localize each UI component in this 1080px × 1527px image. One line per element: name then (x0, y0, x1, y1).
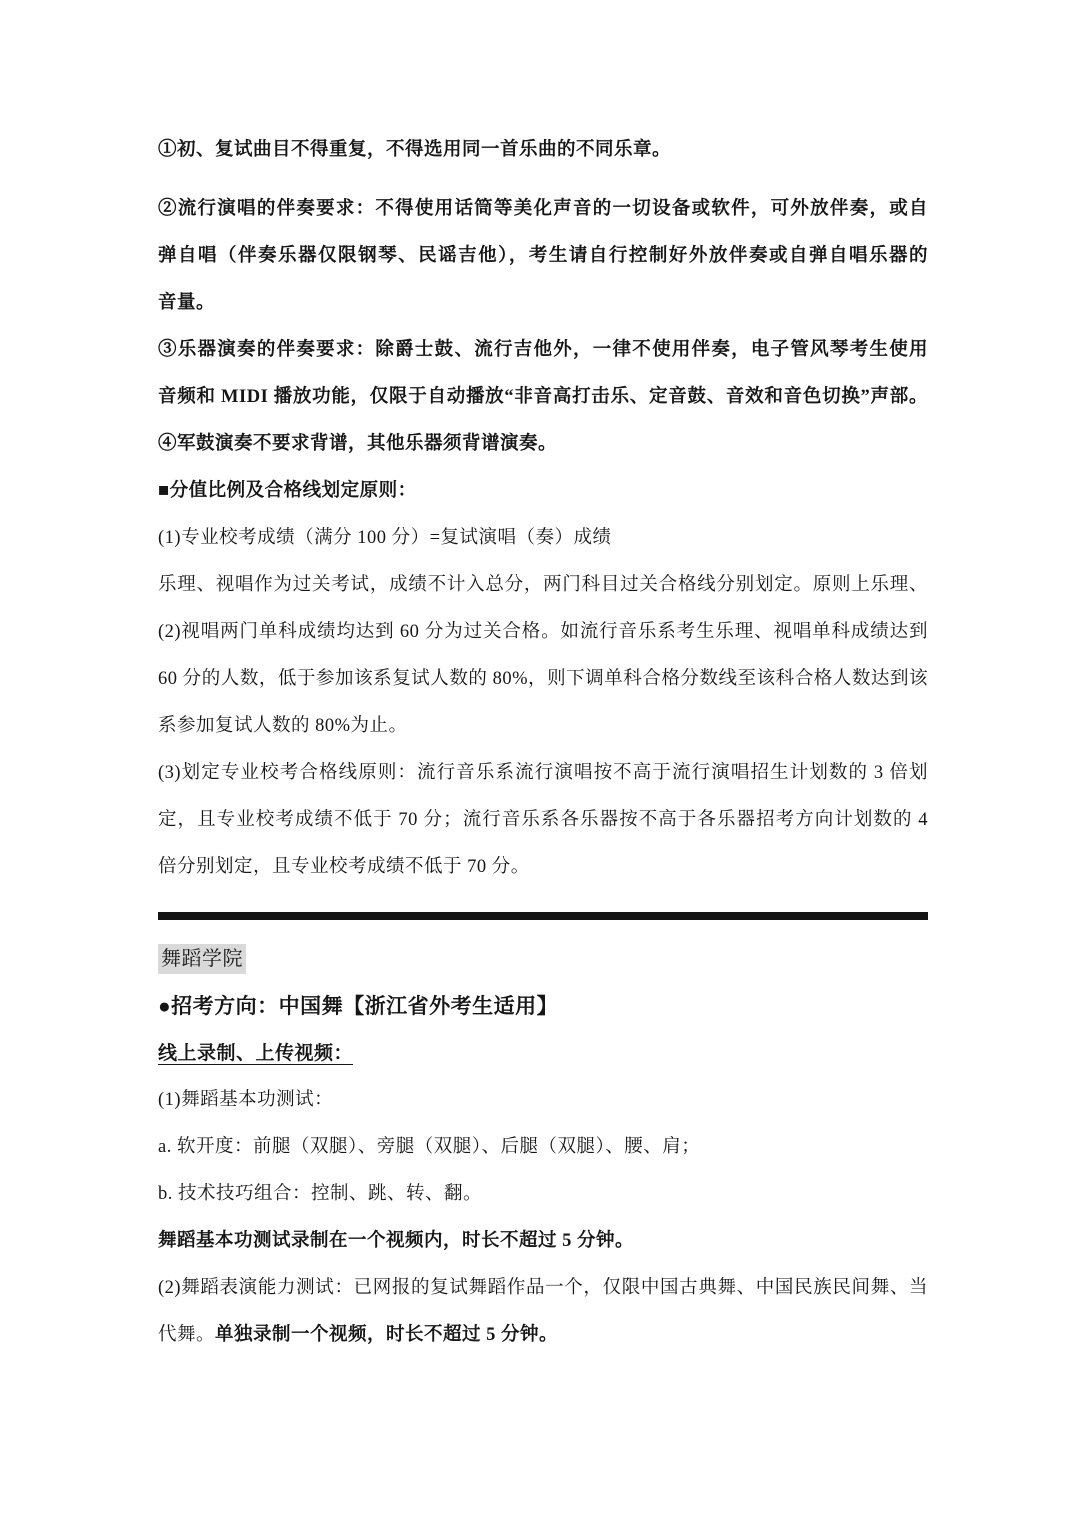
music-note-2-line-2: 弹自唱（伴奏乐器仅限钢琴、民谣吉他），考生请自行控制好外放伴奏或自弹自唱乐器的 (158, 233, 928, 280)
document-page: ①初、复试曲目不得重复，不得选用同一首乐曲的不同乐章。②流行演唱的伴奏要求：不得… (0, 0, 1080, 1527)
music-note-2-line-1: ②流行演唱的伴奏要求：不得使用话筒等美化声音的一切设备或软件，可外放伴奏，或自 (158, 186, 928, 233)
text-segment: (2)舞蹈表演能力测试：已网报的复试舞蹈作品一个，仅限中国古典舞、中国民族民间舞… (158, 1278, 928, 1298)
text-segment: 弹自唱（伴奏乐器仅限钢琴、民谣吉他），考生请自行控制好外放伴奏或自弹自唱乐器的 (158, 246, 928, 266)
text-segment: 单独录制一个视频，时长不超过 5 分钟。 (215, 1325, 558, 1345)
dance-college-heading-line-1: 舞蹈学院 (158, 936, 928, 983)
text-segment: (1)舞蹈基本功测试： (158, 1090, 333, 1110)
text-segment: 代舞。 (158, 1325, 215, 1345)
music-note-4-line-1: ④军鼓演奏不要求背谱，其他乐器须背谱演奏。 (158, 421, 928, 468)
text-segment: 系参加复试人数的 80%为止。 (158, 716, 408, 736)
text-segment: (1)专业校考成绩（满分 100 分）=复试演唱（奏）成绩 (158, 528, 612, 548)
music-note-3-line-2: 音频和 MIDI 播放功能，仅限于自动播放“非音高打击乐、定音鼓、音效和音色切换… (158, 374, 928, 421)
text-segment: ①初、复试曲目不得重复，不得选用同一首乐曲的不同乐章。 (158, 140, 671, 160)
text-segment: (2)视唱两门单科成绩均达到 60 分为过关合格。如流行音乐系考生乐理、视唱单科… (158, 622, 928, 642)
score-rule-theory-line-1: 乐理、视唱作为过关考试，成绩不计入总分，两门科目过关合格线分别划定。原则上乐理、 (158, 562, 928, 609)
text-segment: 倍分别划定，且专业校考成绩不低于 70 分。 (158, 857, 530, 877)
dance-upload-heading-line-1: 线上录制、上传视频： (158, 1030, 928, 1077)
text-segment: 音量。 (158, 293, 215, 313)
dance-basic-test-note-line-1: 舞蹈基本功测试录制在一个视频内，时长不超过 5 分钟。 (158, 1218, 928, 1265)
text-segment: ■分值比例及合格线划定原则： (158, 481, 417, 501)
dance-performance-test-line-2: 代舞。单独录制一个视频，时长不超过 5 分钟。 (158, 1312, 928, 1359)
score-rule-3-line-3: 倍分别划定，且专业校考成绩不低于 70 分。 (158, 844, 928, 891)
text-segment: 乐理、视唱作为过关考试，成绩不计入总分，两门科目过关合格线分别划定。原则上乐理、 (158, 575, 928, 595)
dance-direction-heading-line-1: ●招考方向：中国舞【浙江省外考生适用】 (158, 983, 928, 1030)
score-rule-3-line-2: 定，且专业校考成绩不低于 70 分；流行音乐系各乐器按不高于各乐器招考方向计划数… (158, 797, 928, 844)
score-rule-2-line-1: (2)视唱两门单科成绩均达到 60 分为过关合格。如流行音乐系考生乐理、视唱单科… (158, 609, 928, 656)
score-rule-3-line-1: (3)划定专业校考合格线原则：流行音乐系流行演唱按不高于流行演唱招生计划数的 3… (158, 750, 928, 797)
score-rule-2-line-3: 系参加复试人数的 80%为止。 (158, 703, 928, 750)
text-segment: b. 技术技巧组合：控制、跳、转、翻。 (158, 1184, 482, 1204)
score-rule-1-line-1: (1)专业校考成绩（满分 100 分）=复试演唱（奏）成绩 (158, 515, 928, 562)
dance-performance-test-line-1: (2)舞蹈表演能力测试：已网报的复试舞蹈作品一个，仅限中国古典舞、中国民族民间舞… (158, 1265, 928, 1312)
document-content: ①初、复试曲目不得重复，不得选用同一首乐曲的不同乐章。②流行演唱的伴奏要求：不得… (158, 127, 928, 1359)
text-segment: ●招考方向：中国舞【浙江省外考生适用】 (158, 994, 558, 1018)
score-rule-2-line-2: 60 分的人数，低于参加该系复试人数的 80%，则下调单科合格分数线至该科合格人… (158, 656, 928, 703)
music-note-2-line-3: 音量。 (158, 280, 928, 327)
text-segment: 定，且专业校考成绩不低于 70 分；流行音乐系各乐器按不高于各乐器招考方向计划数… (158, 810, 928, 830)
music-note-1-line-1: ①初、复试曲目不得重复，不得选用同一首乐曲的不同乐章。 (158, 127, 928, 174)
text-segment: ③乐器演奏的伴奏要求：除爵士鼓、流行吉他外，一律不使用伴奏，电子管风琴考生使用 (158, 340, 928, 360)
section-divider (158, 912, 928, 920)
text-segment: ④军鼓演奏不要求背谱，其他乐器须背谱演奏。 (158, 434, 557, 454)
text-segment: 舞蹈基本功测试录制在一个视频内，时长不超过 5 分钟。 (158, 1231, 634, 1251)
text-segment: 线上录制、上传视频： (158, 1043, 353, 1064)
text-segment: a. 软开度：前腿（双腿）、旁腿（双腿）、后腿（双腿）、腰、肩； (158, 1137, 700, 1157)
dance-basic-test-b-line-1: b. 技术技巧组合：控制、跳、转、翻。 (158, 1171, 928, 1218)
text-segment: 舞蹈学院 (158, 944, 246, 974)
text-segment: 音频和 MIDI 播放功能，仅限于自动播放“非音高打击乐、定音鼓、音效和音色切换… (158, 387, 928, 407)
text-segment: 60 分的人数，低于参加该系复试人数的 80%，则下调单科合格分数线至该科合格人… (158, 669, 928, 689)
dance-basic-test-a-line-1: a. 软开度：前腿（双腿）、旁腿（双腿）、后腿（双腿）、腰、肩； (158, 1124, 928, 1171)
dance-basic-test-line-1: (1)舞蹈基本功测试： (158, 1077, 928, 1124)
text-segment: (3)划定专业校考合格线原则：流行音乐系流行演唱按不高于流行演唱招生计划数的 3… (158, 763, 928, 783)
text-segment: ②流行演唱的伴奏要求：不得使用话筒等美化声音的一切设备或软件，可外放伴奏，或自 (158, 199, 928, 219)
music-note-3-line-1: ③乐器演奏的伴奏要求：除爵士鼓、流行吉他外，一律不使用伴奏，电子管风琴考生使用 (158, 327, 928, 374)
score-rules-heading-line-1: ■分值比例及合格线划定原则： (158, 468, 928, 515)
